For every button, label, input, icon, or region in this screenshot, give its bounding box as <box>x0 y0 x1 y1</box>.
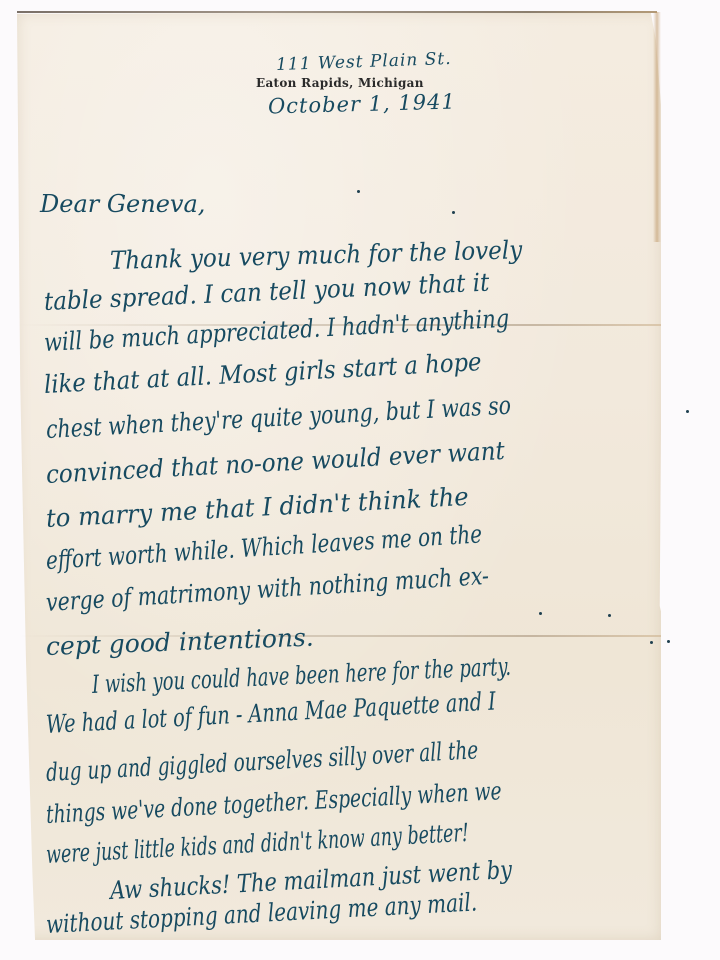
letterhead-city: Eaton Rapids, Michigan <box>256 76 424 90</box>
ink-speck <box>650 641 653 644</box>
ink-speck <box>667 640 670 643</box>
ink-speck <box>452 211 455 214</box>
paper-top-edge <box>17 11 657 13</box>
ink-speck <box>539 612 542 615</box>
ink-speck <box>686 410 689 413</box>
scanned-letter-page: 111 West Plain St. Eaton Rapids, Michiga… <box>0 0 720 960</box>
ink-speck <box>357 190 360 193</box>
paper-stain-edge <box>653 12 661 242</box>
ink-speck <box>608 614 611 617</box>
letter-date: October 1, 1941 <box>268 90 456 119</box>
salutation: Dear Geneva, <box>40 190 205 218</box>
